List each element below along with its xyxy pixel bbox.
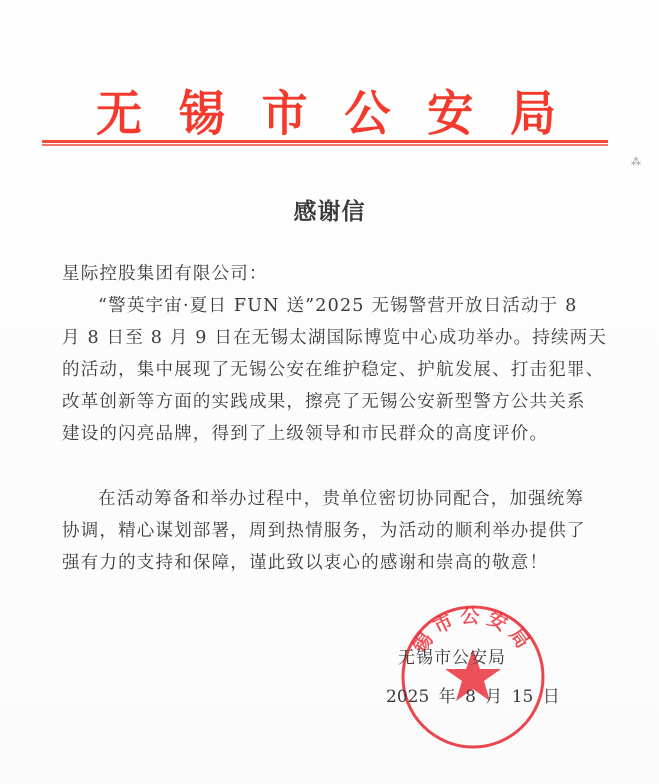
text-line: “警英宇宙·夏日 FUN 送”2025 无锡警营开放日活动于 8 (62, 290, 592, 322)
letterhead-char: 锡 (179, 87, 225, 140)
salutation: 星际控股集团有限公司： (62, 258, 268, 290)
text-line: 建设的闪亮品牌，得到了上级领导和市民群众的高度评价。 (62, 418, 592, 450)
text-line: 在活动筹备和举办过程中，贵单位密切协同配合，加强统筹 (62, 483, 592, 515)
letterhead-char: 市 (262, 87, 308, 140)
official-seal-stamp: 锡市公安局 (398, 603, 548, 751)
rule-thick-line (42, 140, 608, 143)
rule-thin-line (42, 144, 608, 146)
letterhead-char: 安 (427, 87, 473, 140)
letterhead-title: 无 锡 市 公 安 局 (96, 88, 556, 138)
text-line: 改革创新等方面的实践成果，擦亮了无锡公安新型警方公共关系 (62, 386, 592, 418)
letter-page: 无 锡 市 公 安 局 ⁂ 感谢信 星际控股集团有限公司： “警英宇宙·夏日 F… (0, 0, 659, 784)
letterhead-red-rule (42, 140, 608, 146)
letterhead-char: 局 (510, 87, 556, 140)
paragraph-2: 在活动筹备和举办过程中，贵单位密切协同配合，加强统筹 协调，精心谋划部署，周到热… (62, 483, 592, 579)
document-title: 感谢信 (0, 193, 659, 226)
text-line: 的活动，集中展现了无锡公安在维护稳定、护航发展、打击犯罪、 (62, 354, 592, 386)
text-line: 强有力的支持和保障，谨此致以衷心的感谢和崇高的敬意！ (62, 547, 592, 579)
signature-date: 2025 年 8 月 15 日 (386, 684, 560, 710)
paragraph-1: “警英宇宙·夏日 FUN 送”2025 无锡警营开放日活动于 8 月 8 日至 … (62, 290, 592, 450)
text-line: 月 8 日至 8 月 9 日在无锡太湖国际博览中心成功举办。持续两天 (62, 322, 592, 354)
signature-organization: 无锡市公安局 (398, 645, 506, 671)
scan-smudge-mark: ⁂ (631, 157, 641, 169)
text-line: 协调，精心谋划部署，周到热情服务，为活动的顺利举办提供了 (62, 515, 592, 547)
letterhead-char: 公 (344, 87, 390, 140)
letterhead-char: 无 (96, 87, 142, 140)
